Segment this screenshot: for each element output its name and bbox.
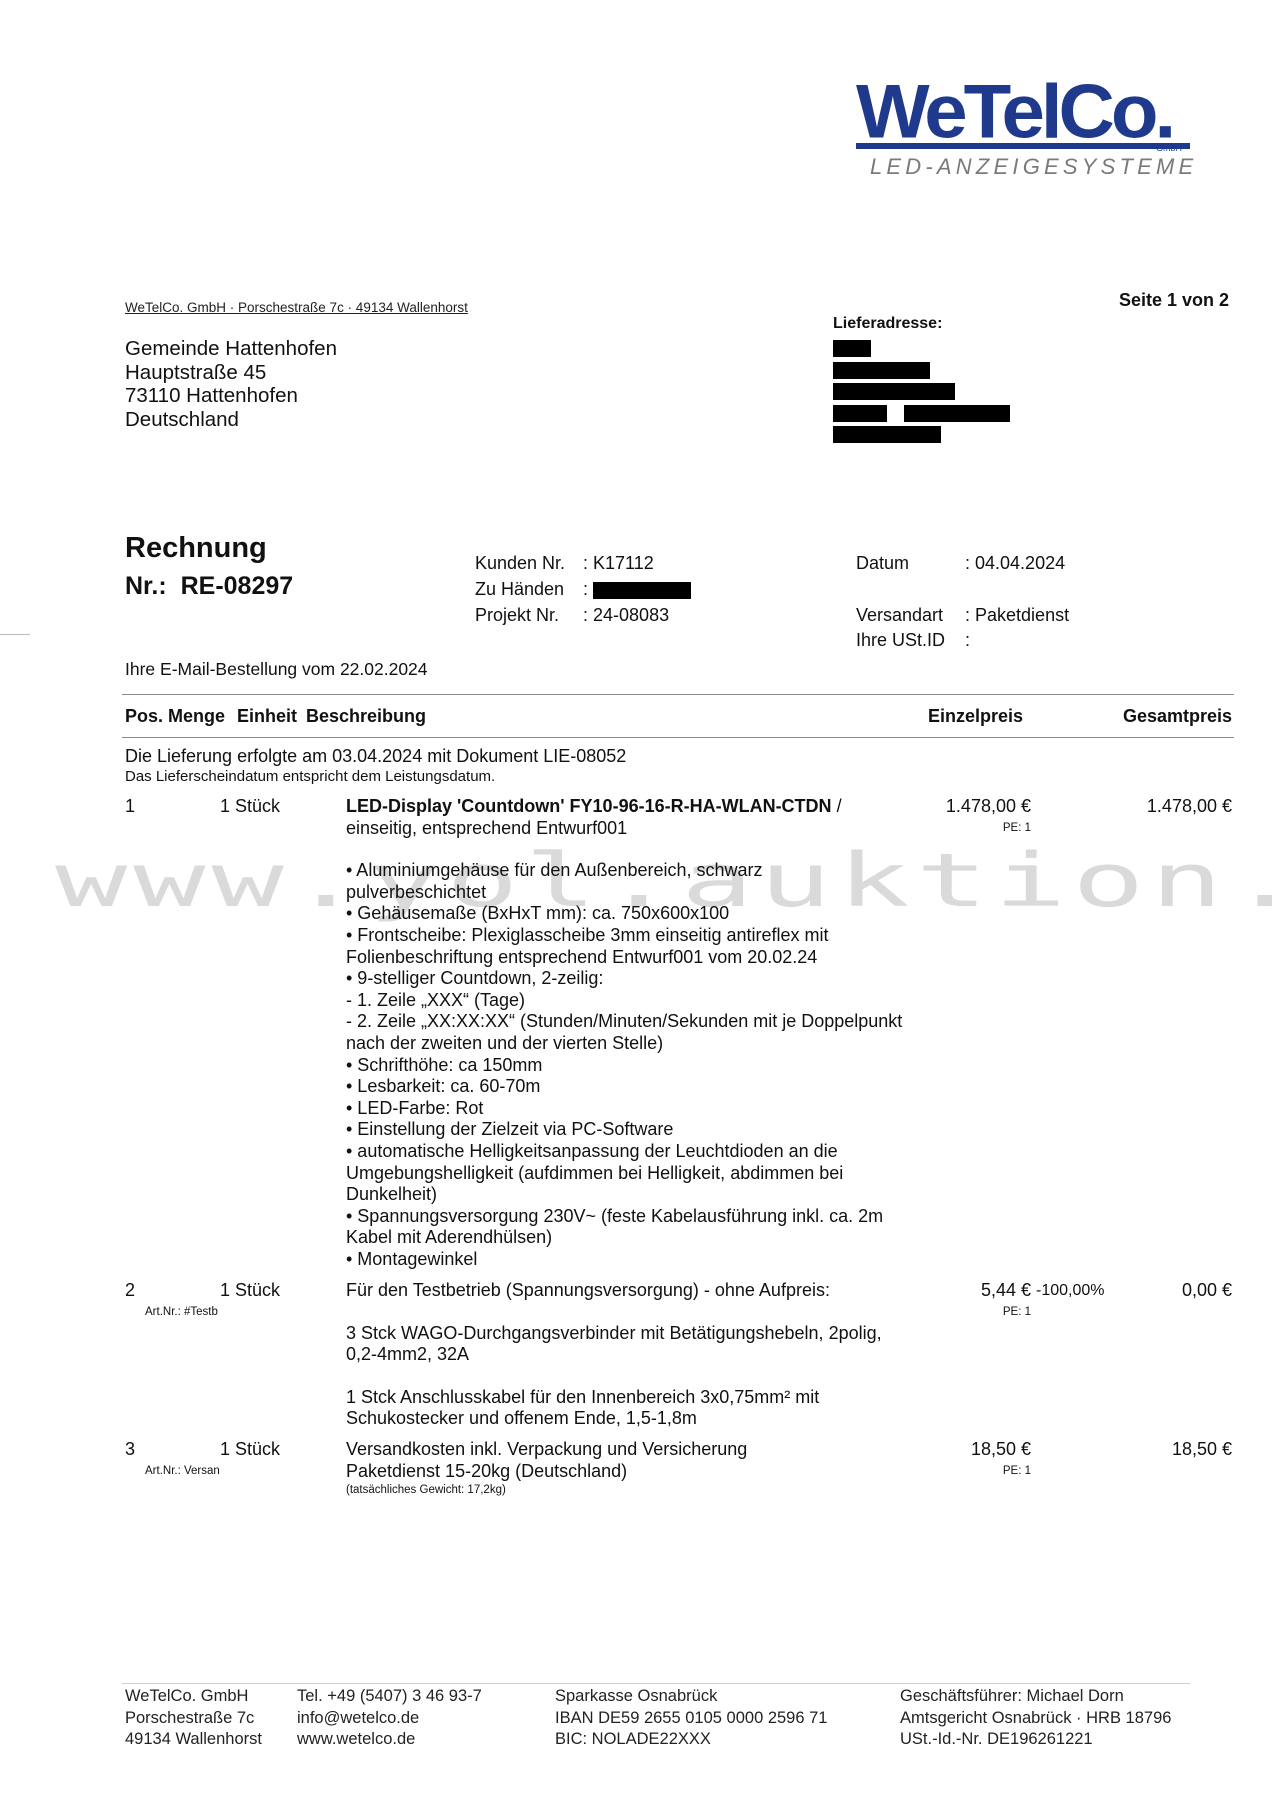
document-number-label: Nr.: <box>125 572 167 600</box>
row-detail: • Gehäusemaße (BxHxT mm): ca. 750x600x10… <box>346 903 906 925</box>
meta-label: Projekt Nr. <box>475 602 583 628</box>
recipient-line: 73110 Hattenhofen <box>125 384 337 408</box>
row-detail: • Montagewinkel <box>346 1249 906 1271</box>
recipient-line: Hauptstraße 45 <box>125 361 337 385</box>
page-info: Seite 1 von 2 <box>1119 290 1229 311</box>
recipient-line: Gemeinde Hattenhofen <box>125 337 337 361</box>
footer-line: Amtsgericht Osnabrück · HRB 18796 <box>900 1708 1171 1730</box>
meta-label: Ihre USt.ID <box>856 627 965 653</box>
logo-underline <box>856 143 1190 149</box>
footer-contact: Tel. +49 (5407) 3 46 93-7 info@wetelco.d… <box>297 1686 482 1751</box>
footer-line: BIC: NOLADE22XXX <box>555 1729 827 1751</box>
meta-value: K17112 <box>593 550 654 576</box>
meta-row-attention: Zu Händen : <box>475 576 691 602</box>
meta-label: Datum <box>856 550 965 576</box>
row-pe: PE: 1 <box>1003 818 1031 840</box>
row-detail: - 2. Zeile „XX:XX:XX“ (Stunden/Minuten/S… <box>346 1011 906 1054</box>
header-quantity: Menge <box>168 706 225 727</box>
sender-address-line: WeTelCo. GmbH · Porschestraße 7c · 49134… <box>125 300 468 315</box>
meta-colon: : <box>583 550 593 576</box>
document-number-value: RE-08297 <box>181 572 294 600</box>
footer-rule <box>122 1683 1190 1684</box>
row-pos: 3 <box>125 1439 135 1461</box>
row-total: 0,00 € <box>1182 1280 1232 1302</box>
redaction-bar <box>833 383 955 400</box>
row-detail: • Spannungsversorgung 230V~ (feste Kabel… <box>346 1206 906 1249</box>
footer-website[interactable]: www.wetelco.de <box>297 1729 482 1751</box>
row-title-suffix: / <box>832 796 842 816</box>
logo-tagline: LED-ANZEIGESYSTEME <box>870 154 1197 180</box>
meta-row-spacer <box>856 576 1069 602</box>
meta-row-date: Datum : 04.04.2024 <box>856 550 1069 576</box>
row-quantity: 1 Stück <box>220 1280 280 1302</box>
delivery-note-sub: Das Lieferscheindatum entspricht dem Lei… <box>125 768 495 785</box>
row-total: 18,50 € <box>1172 1439 1232 1461</box>
row-note: (tatsächliches Gewicht: 17,2kg) <box>346 1482 906 1498</box>
row-subtitle: Paketdienst 15-20kg (Deutschland) <box>346 1461 906 1483</box>
header-total-price: Gesamtpreis <box>1123 706 1232 727</box>
footer-phone: Tel. +49 (5407) 3 46 93-7 <box>297 1686 482 1708</box>
meta-colon: : <box>965 627 975 653</box>
footer-email[interactable]: info@wetelco.de <box>297 1708 482 1730</box>
row-description: Versandkosten inkl. Verpackung und Versi… <box>346 1439 906 1498</box>
meta-value-redacted <box>593 582 691 599</box>
document-title: Rechnung <box>125 532 267 565</box>
meta-row-vat-id: Ihre USt.ID : <box>856 627 1069 653</box>
meta-label: Versandart <box>856 602 965 628</box>
row-detail: • Lesbarkeit: ca. 60-70m <box>346 1076 906 1098</box>
header-pos: Pos. <box>125 706 163 727</box>
row-total: 1.478,00 € <box>1147 796 1232 818</box>
meta-colon: : <box>965 550 975 576</box>
row-detail: • Aluminiumgehäuse für den Außenbereich,… <box>346 860 906 903</box>
footer-line: Porschestraße 7c <box>125 1708 262 1730</box>
meta-value: Paketdienst <box>975 602 1069 628</box>
order-reference: Ihre E-Mail-Bestellung vom 22.02.2024 <box>125 659 428 680</box>
logo-legal-form: GmbH <box>1156 143 1182 153</box>
row-title: LED-Display 'Countdown' FY10-96-16-R-HA-… <box>346 796 832 816</box>
row-detail: • 9-stelliger Countdown, 2-zeilig: <box>346 968 906 990</box>
row-unit-price: 18,50 € <box>971 1439 1031 1461</box>
delivery-note: Die Lieferung erfolgte am 03.04.2024 mit… <box>125 746 626 767</box>
footer-line: IBAN DE59 2655 0105 0000 2596 71 <box>555 1708 827 1730</box>
footer-line: Sparkasse Osnabrück <box>555 1686 827 1708</box>
redaction-bar <box>833 362 930 379</box>
row-article-number: Art.Nr.: #Testb <box>145 1302 218 1324</box>
meta-row-project-number: Projekt Nr. : 24-08083 <box>475 602 691 628</box>
row-detail: • Einstellung der Zielzeit via PC-Softwa… <box>346 1119 906 1141</box>
row-pos: 2 <box>125 1280 135 1302</box>
table-top-rule <box>122 694 1234 695</box>
header-unit: Einheit <box>237 706 297 727</box>
recipient-line: Deutschland <box>125 408 337 432</box>
meta-label: Kunden Nr. <box>475 550 583 576</box>
meta-value: 04.04.2024 <box>975 550 1065 576</box>
header-description: Beschreibung <box>306 706 426 727</box>
logo-brand: WeTelCo. <box>856 73 1172 149</box>
meta-colon: : <box>583 602 593 628</box>
table-header-rule <box>122 737 1234 738</box>
meta-right: Datum : 04.04.2024 Versandart : Paketdie… <box>856 550 1069 653</box>
footer-company: WeTelCo. GmbH Porschestraße 7c 49134 Wal… <box>125 1686 262 1751</box>
meta-row-shipping: Versandart : Paketdienst <box>856 602 1069 628</box>
redaction-bar <box>833 405 887 422</box>
row-paragraph: 3 Stck WAGO-Durchgangsverbinder mit Betä… <box>346 1323 906 1366</box>
row-detail: • Schrifthöhe: ca 150mm <box>346 1055 906 1077</box>
row-pe: PE: 1 <box>1003 1302 1031 1324</box>
meta-colon: : <box>583 576 593 602</box>
row-quantity: 1 Stück <box>220 796 280 818</box>
row-title: Versandkosten inkl. Verpackung und Versi… <box>346 1439 906 1461</box>
meta-label: Zu Händen <box>475 576 583 602</box>
row-description: LED-Display 'Countdown' FY10-96-16-R-HA-… <box>346 796 906 1270</box>
redaction-bar <box>833 340 871 357</box>
row-subtitle: einseitig, entsprechend Entwurf001 <box>346 818 906 840</box>
meta-value: 24-08083 <box>593 602 669 628</box>
row-title: Für den Testbetrieb (Spannungsversorgung… <box>346 1280 906 1302</box>
recipient-address: Gemeinde Hattenhofen Hauptstraße 45 7311… <box>125 337 337 431</box>
row-detail: • automatische Helligkeitsanpassung der … <box>346 1141 906 1206</box>
row-unit-price: 5,44 € <box>981 1280 1031 1302</box>
redaction-bar <box>904 405 1010 422</box>
row-pe: PE: 1 <box>1003 1461 1031 1483</box>
footer-line: USt.-Id.-Nr. DE196261221 <box>900 1729 1171 1751</box>
row-description: Für den Testbetrieb (Spannungsversorgung… <box>346 1280 906 1430</box>
row-discount: -100,00% <box>1036 1280 1105 1302</box>
meta-colon: : <box>965 602 975 628</box>
document-number: Nr.: RE-08297 <box>125 572 293 601</box>
footer-line: Geschäftsführer: Michael Dorn <box>900 1686 1171 1708</box>
footer-bank: Sparkasse Osnabrück IBAN DE59 2655 0105 … <box>555 1686 827 1751</box>
row-pos: 1 <box>125 796 135 818</box>
delivery-address-label: Lieferadresse: <box>833 315 942 333</box>
meta-row-customer-number: Kunden Nr. : K17112 <box>475 550 691 576</box>
edge-mark <box>0 634 30 635</box>
footer-legal: Geschäftsführer: Michael Dorn Amtsgerich… <box>900 1686 1171 1751</box>
row-detail: • LED-Farbe: Rot <box>346 1098 906 1120</box>
row-quantity: 1 Stück <box>220 1439 280 1461</box>
row-detail: • Frontscheibe: Plexiglasscheibe 3mm ein… <box>346 925 906 968</box>
header-unit-price: Einzelpreis <box>928 706 1023 727</box>
redaction-bar <box>833 426 941 443</box>
row-unit-price: 1.478,00 € <box>946 796 1031 818</box>
footer-line: WeTelCo. GmbH <box>125 1686 262 1708</box>
row-paragraph: 1 Stck Anschlusskabel für den Innenberei… <box>346 1387 906 1430</box>
meta-left: Kunden Nr. : K17112 Zu Händen : Projekt … <box>475 550 691 628</box>
row-article-number: Art.Nr.: Versan <box>145 1461 220 1483</box>
row-detail: - 1. Zeile „XXX“ (Tage) <box>346 990 906 1012</box>
footer-line: 49134 Wallenhorst <box>125 1729 262 1751</box>
